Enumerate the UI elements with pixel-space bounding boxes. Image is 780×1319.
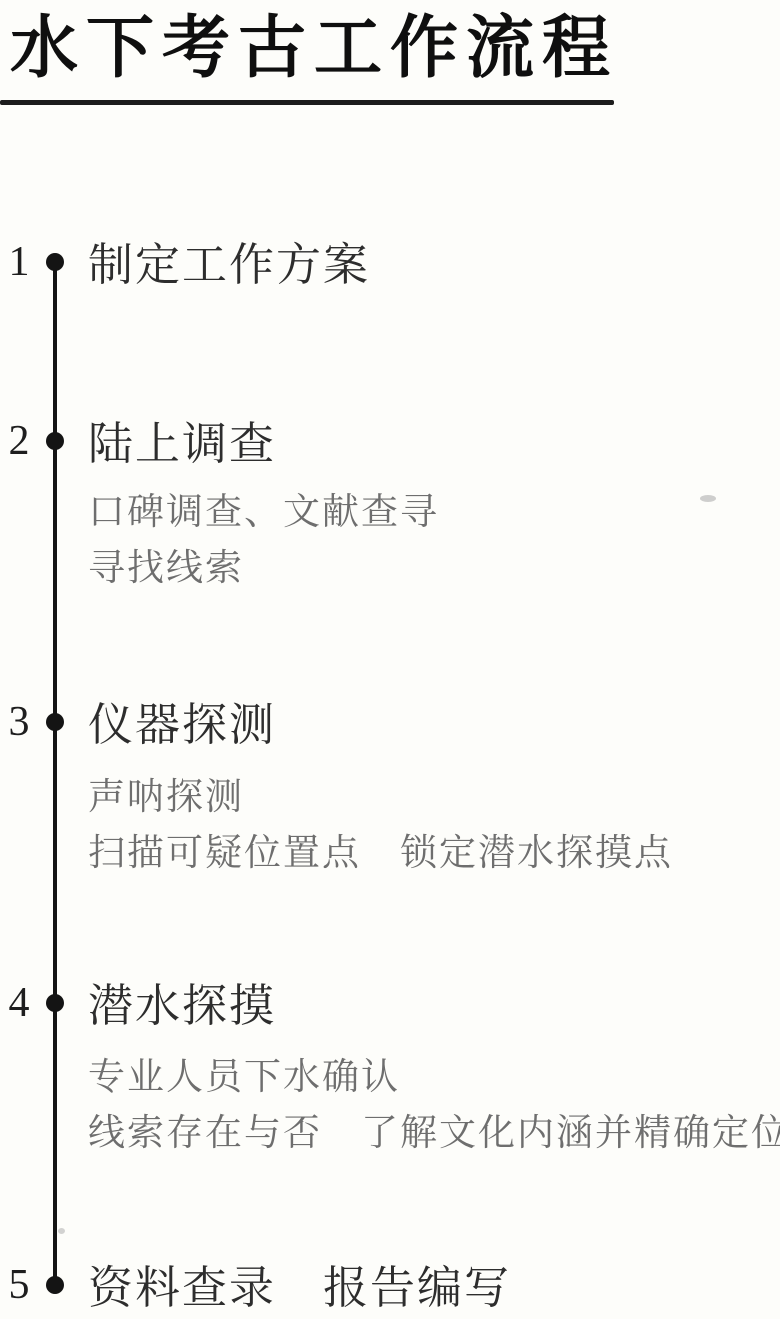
document-page: 水下考古工作流程 1 制定工作方案 2 陆上调查 口碑调查、文献查寻 寻找线索 … [0, 0, 780, 1319]
step-title-3: 仪器探测 [88, 701, 276, 749]
timeline-dot-3 [46, 713, 64, 731]
step-details-4: 专业人员下水确认 线索存在与否 了解文化内涵并精确定位 [88, 1050, 780, 1162]
step-number-1: 1 [2, 241, 36, 283]
step-number-5: 5 [2, 1264, 36, 1306]
step-title-5: 资料查录 报告编写 [88, 1264, 511, 1312]
step-detail-line: 线索存在与否 了解文化内涵并精确定位 [88, 1106, 780, 1162]
step-details-2: 口碑调查、文献查寻 寻找线索 [88, 485, 439, 597]
step-details-3: 声呐探测 扫描可疑位置点 锁定潜水探摸点 [88, 770, 673, 882]
scan-artifact [58, 1228, 65, 1234]
step-number-3: 3 [2, 701, 36, 743]
step-title-2: 陆上调查 [88, 420, 276, 468]
step-detail-line: 声呐探测 [88, 770, 673, 826]
step-detail-line: 专业人员下水确认 [88, 1050, 780, 1106]
timeline-dot-1 [46, 253, 64, 271]
timeline-dot-2 [46, 432, 64, 450]
title-underline [0, 100, 614, 105]
timeline-line [53, 262, 57, 1285]
scan-artifact [700, 495, 716, 502]
step-detail-line: 寻找线索 [88, 541, 439, 597]
timeline-dot-4 [46, 994, 64, 1012]
step-detail-line: 扫描可疑位置点 锁定潜水探摸点 [88, 826, 673, 882]
step-number-2: 2 [2, 420, 36, 462]
step-number-4: 4 [2, 982, 36, 1024]
step-title-4: 潜水探摸 [88, 982, 276, 1030]
step-title-1: 制定工作方案 [88, 241, 370, 289]
page-title: 水下考古工作流程 [10, 2, 618, 94]
timeline-dot-5 [46, 1276, 64, 1294]
step-detail-line: 口碑调查、文献查寻 [88, 485, 439, 541]
